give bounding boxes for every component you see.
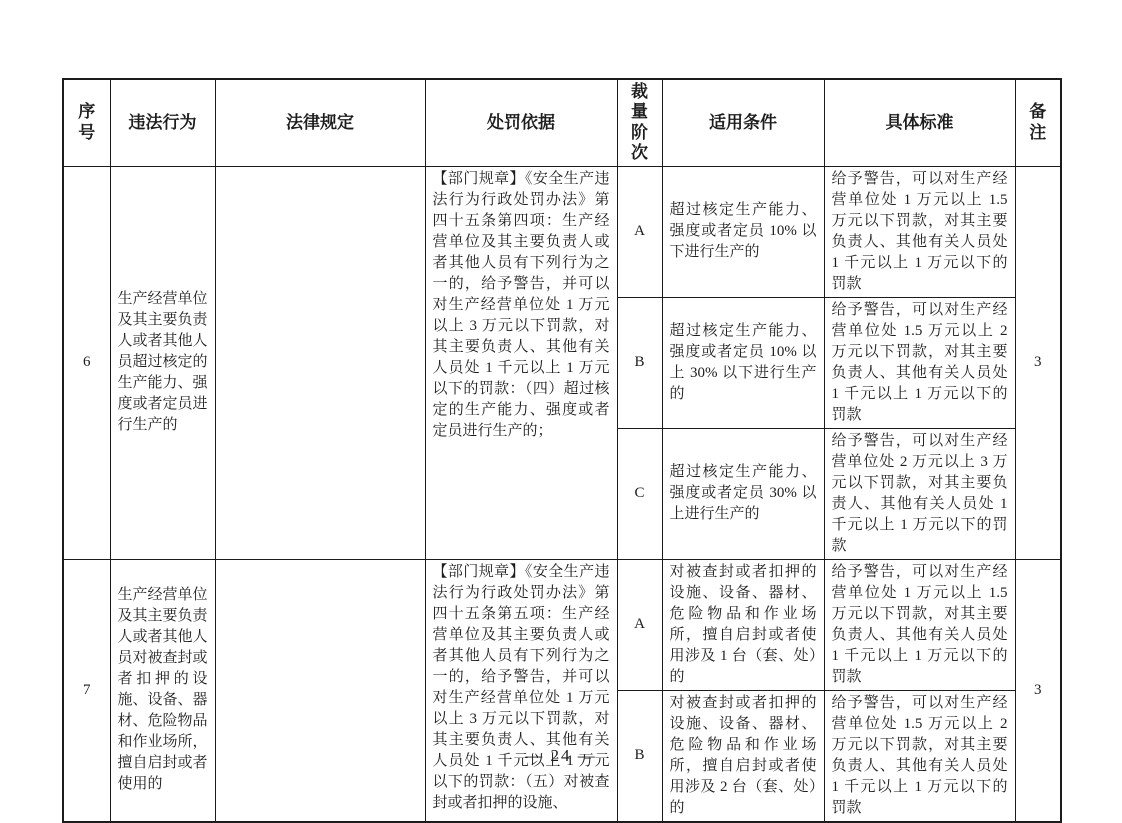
row7-no: 7	[63, 559, 110, 822]
row6-no: 6	[63, 166, 110, 559]
row6-standard-c: 给予警告，可以对生产经营单位处 2 万元以上 3 万元以下罚款，对其主要负责人、…	[824, 428, 1015, 559]
header-no: 序号	[63, 79, 110, 166]
row7-level-a: A	[617, 559, 662, 690]
row6-legal	[215, 166, 425, 559]
penalty-table-sheet: 序号 违法行为 法律规定 处罚依据 裁量阶次 适用条件 具体标准 备注 6 生产…	[62, 78, 1060, 823]
page-number: — 24 —	[0, 746, 1122, 766]
row6-condition-a: 超过核定生产能力、强度或者定员 10% 以下进行生产的	[662, 166, 824, 297]
header-behavior: 违法行为	[110, 79, 215, 166]
row6-level-a: A	[617, 166, 662, 297]
row6-standard-b: 给予警告，可以对生产经营单位处 1.5 万元以上 2 万元以下罚款，对其主要负责…	[824, 297, 1015, 428]
header-standard: 具体标准	[824, 79, 1015, 166]
row6-condition-b: 超过核定生产能力、强度或者定员 10% 以上 30% 以下进行生产的	[662, 297, 824, 428]
row6-level-c: C	[617, 428, 662, 559]
table-row: 6 生产经营单位及其主要负责人或者其他人员超过核定的生产能力、强度或者定员进行生…	[63, 166, 1061, 297]
header-condition: 适用条件	[662, 79, 824, 166]
row6-level-b: B	[617, 297, 662, 428]
row7-note: 3	[1015, 559, 1061, 822]
row6-note: 3	[1015, 166, 1061, 559]
header-note: 备注	[1015, 79, 1061, 166]
table-row: 7 生产经营单位及其主要负责人或者其他人员对被查封或者扣押的设施、设备、器材、危…	[63, 559, 1061, 690]
row6-standard-a: 给予警告，可以对生产经营单位处 1 万元以上 1.5 万元以下罚款，对其主要负责…	[824, 166, 1015, 297]
row7-standard-a: 给予警告，可以对生产经营单位处 1 万元以上 1.5 万元以下罚款，对其主要负责…	[824, 559, 1015, 690]
header-legal: 法律规定	[215, 79, 425, 166]
row7-behavior: 生产经营单位及其主要负责人或者其他人员对被查封或者扣押的设施、设备、器材、危险物…	[110, 559, 215, 822]
penalty-discretion-table: 序号 违法行为 法律规定 处罚依据 裁量阶次 适用条件 具体标准 备注 6 生产…	[62, 78, 1062, 823]
row6-behavior: 生产经营单位及其主要负责人或者其他人员超过核定的生产能力、强度或者定员进行生产的	[110, 166, 215, 559]
row7-legal	[215, 559, 425, 822]
row7-condition-a: 对被查封或者扣押的设施、设备、器材、危险物品和作业场所，擅自启封或者使用涉及 1…	[662, 559, 824, 690]
header-row: 序号 违法行为 法律规定 处罚依据 裁量阶次 适用条件 具体标准 备注	[63, 79, 1061, 166]
row6-condition-c: 超过核定生产能力、强度或者定员 30% 以上进行生产的	[662, 428, 824, 559]
header-level: 裁量阶次	[617, 79, 662, 166]
row6-basis: 【部门规章】《安全生产违法行为行政处罚办法》第四十五条第四项：生产经营单位及其主…	[425, 166, 617, 559]
header-basis: 处罚依据	[425, 79, 617, 166]
row7-basis: 【部门规章】《安全生产违法行为行政处罚办法》第四十五条第五项：生产经营单位及其主…	[425, 559, 617, 822]
